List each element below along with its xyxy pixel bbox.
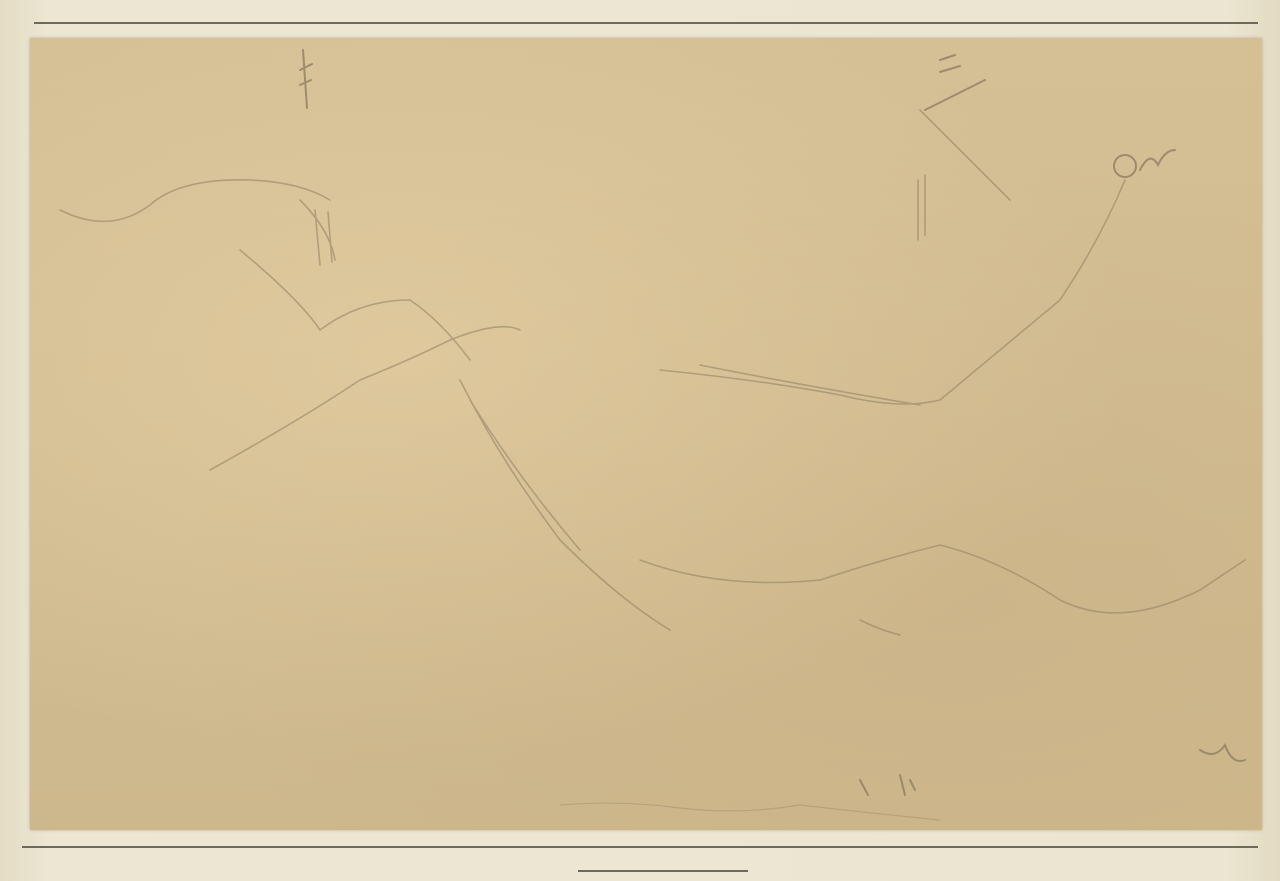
- pencil-drawing: [0, 0, 1280, 881]
- mount-label: [578, 856, 748, 872]
- bottom-rule-line: [22, 846, 1258, 848]
